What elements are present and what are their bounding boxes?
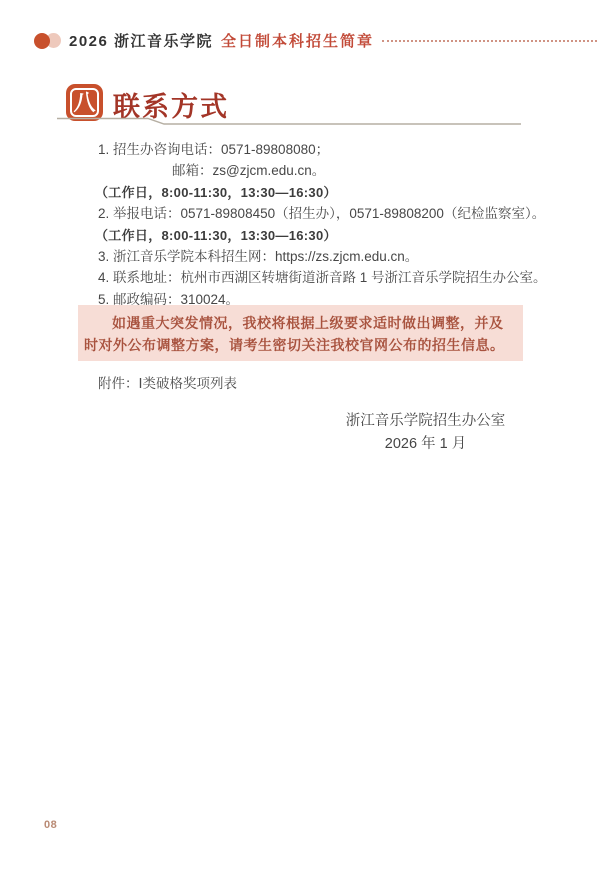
document-header: 2026 浙江音乐学院 全日制本科招生简章 [33, 30, 597, 50]
section-number-badge: 八 [66, 84, 103, 121]
notice-text: 如遇重大突发情况，我校将根据上级要求适时做出调整，并及时对外公布调整方案，请考生… [84, 312, 517, 356]
doc-title: 2026 浙江音乐学院 [69, 30, 213, 51]
contact-line-website: 3. 浙江音乐学院本科招生网：https://zs.zjcm.edu.cn。 [98, 246, 558, 267]
contact-line-address: 4. 联系地址：杭州市西湖区转塘街道浙音路 1 号浙江音乐学院招生办公室。 [98, 267, 558, 288]
contact-line-phone: 1. 招生办咨询电话：0571-89808080； [98, 139, 558, 160]
badge-number: 八 [66, 84, 103, 121]
header-dotted-rule [382, 40, 597, 42]
section-heading: 八 联系方式 [57, 84, 523, 130]
contact-line-report-phone: 2. 举报电话：0571-89808450（招生办），0571-89808200… [98, 203, 558, 224]
signature-block: 浙江音乐学院招生办公室 2026 年 1 月 [338, 410, 513, 456]
page-number: 08 [44, 819, 57, 831]
signature-org: 浙江音乐学院招生办公室 [338, 410, 513, 433]
doc-subtitle: 全日制本科招生简章 [221, 30, 374, 51]
header-logo-dots [33, 32, 63, 49]
notice-box: 如遇重大突发情况，我校将根据上级要求适时做出调整，并及时对外公布调整方案，请考生… [78, 305, 523, 361]
section-divider-line [57, 117, 523, 127]
signature-date: 2026 年 1 月 [338, 433, 513, 456]
contact-line-email: 邮箱：zs@zjcm.edu.cn。 [98, 160, 558, 181]
contact-line-workhours-2: （工作日，8:00-11:30，13:30—16:30） [95, 225, 558, 246]
contact-line-workhours-1: （工作日，8:00-11:30，13:30—16:30） [95, 182, 558, 203]
document-page: 2026 浙江音乐学院 全日制本科招生简章 八 联系方式 1. 招生办咨询电话：… [0, 0, 600, 884]
contact-list: 1. 招生办咨询电话：0571-89808080； 邮箱：zs@zjcm.edu… [98, 139, 558, 310]
decor-circle-solid-icon [34, 33, 50, 49]
attachment-note: 附件：Ⅰ类破格奖项列表 [98, 372, 237, 392]
